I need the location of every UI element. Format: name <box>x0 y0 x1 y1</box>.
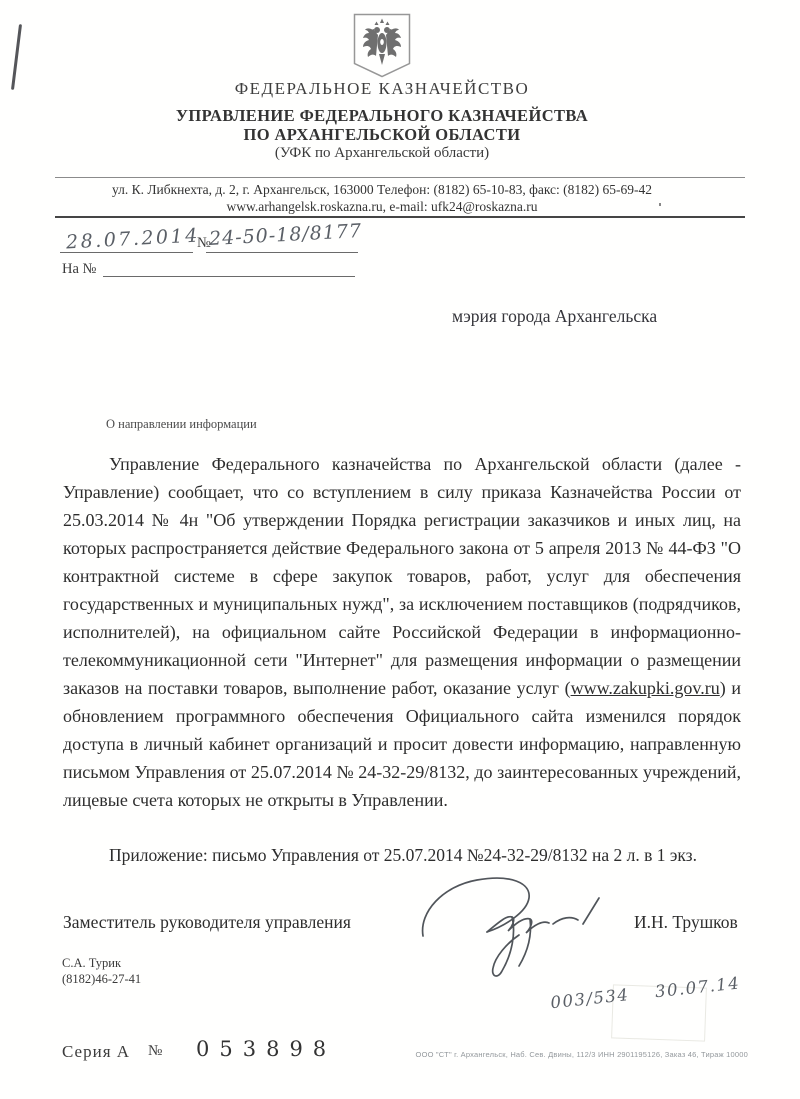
attachment-line: Приложение: письмо Управления от 25.07.2… <box>63 845 741 866</box>
signer-position: Заместитель руководителя управления <box>63 912 351 933</box>
printer-info: ООО "СТ" г. Архангельск, Наб. Сев. Двины… <box>396 1050 748 1059</box>
body-text-part1: Управление Федерального казначейства по … <box>63 454 741 698</box>
outgoing-date-handwritten: 28.07.2014 <box>66 225 201 254</box>
letterhead-top-divider <box>55 177 745 178</box>
coat-of-arms-icon <box>353 13 411 84</box>
executor-name: С.А. Турик <box>62 956 121 971</box>
contacts-line: www.arhangelsk.roskazna.ru, e-mail: ufk2… <box>0 199 764 215</box>
letterhead-bottom-divider <box>55 216 745 218</box>
address-line: ул. К. Либкнехта, д. 2, г. Архангельск, … <box>0 182 764 198</box>
signer-name: И.Н. Трушков <box>634 912 738 933</box>
signature-scribble <box>415 870 625 997</box>
scan-speck <box>659 203 661 206</box>
outgoing-number-underline <box>206 252 358 253</box>
department-short-name: (УФК по Архангельской области) <box>0 145 764 162</box>
agency-name: ФЕДЕРАЛЬНОЕ КАЗНАЧЕЙСТВО <box>0 79 764 99</box>
scanned-letter-page: ФЕДЕРАЛЬНОЕ КАЗНАЧЕЙСТВО УПРАВЛЕНИЕ ФЕДЕ… <box>0 0 800 1099</box>
zakupki-url: www.zakupki.gov.ru <box>571 678 720 698</box>
series-number-sign: № <box>148 1043 162 1060</box>
recipient-name: мэрия города Архангельска <box>452 306 657 327</box>
body-paragraph: Управление Федерального казначейства по … <box>63 450 741 814</box>
department-name-line1: УПРАВЛЕНИЕ ФЕДЕРАЛЬНОГО КАЗНАЧЕЙСТВА <box>0 106 764 126</box>
outgoing-date-underline <box>60 252 193 253</box>
executor-phone: (8182)46-27-41 <box>62 972 141 987</box>
outgoing-number-handwritten: 24-50-18/8177 <box>209 220 363 250</box>
series-label: Серия А <box>62 1042 130 1062</box>
subject-line: О направлении информации <box>106 417 257 432</box>
reply-reference-label: На № <box>62 261 96 278</box>
series-number: 053898 <box>196 1037 336 1061</box>
department-name-line2: ПО АРХАНГЕЛЬСКОЙ ОБЛАСТИ <box>0 125 764 145</box>
reply-reference-underline <box>103 276 355 277</box>
